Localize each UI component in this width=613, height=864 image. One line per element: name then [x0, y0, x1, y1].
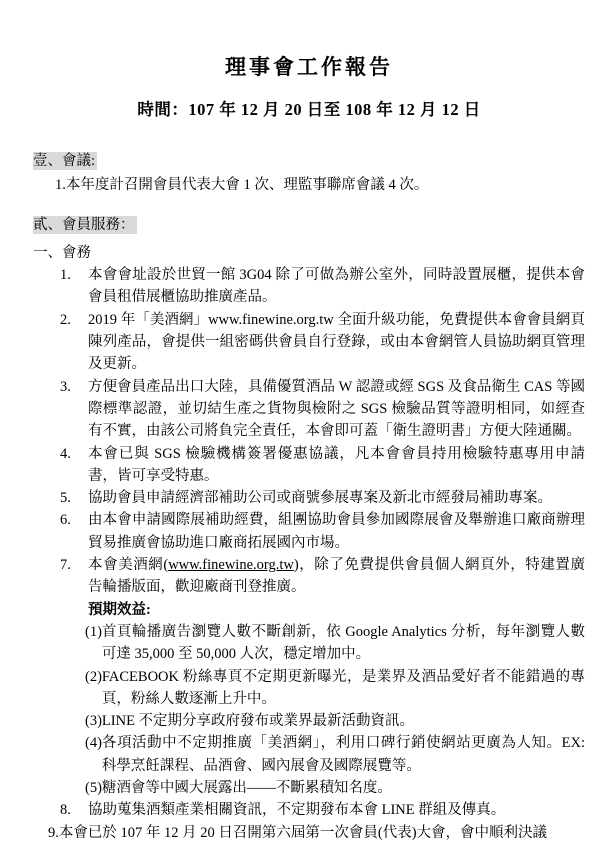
item-number: 2. — [60, 309, 88, 376]
item-text: 糖酒會等中國大展露出——不斷累積知名度。 — [102, 777, 585, 799]
section-meetings-heading: 壹、會議: — [33, 150, 585, 172]
list-item: 1. 本會會址設於世貿一館 3G04 除了可做為辦公室外，同時設置展櫃，提供本會… — [60, 264, 585, 309]
item-number: 9. — [48, 825, 59, 841]
item-text: LINE 不定期分享政府發布或業界最新活動資訊。 — [102, 710, 585, 732]
item-text: 協助蒐集酒類產業相關資訊，不定期發布本會 LINE 群組及傳真。 — [88, 799, 585, 821]
finewine-link[interactable]: www.finewine.org.tw — [168, 557, 294, 573]
item-text: 本會會址設於世貿一館 3G04 除了可做為辦公室外，同時設置展櫃，提供本會會員租… — [88, 264, 585, 309]
item-number: 1. — [60, 264, 88, 309]
report-page: 理事會工作報告 時間：107 年 12 月 20 日至 108 年 12 月 1… — [0, 0, 613, 864]
benefit-list-item: (3) LINE 不定期分享政府發布或業界最新活動資訊。 — [85, 710, 585, 732]
item-number: 4. — [60, 443, 88, 488]
item-number: (4) — [85, 732, 102, 777]
item-text: 2019 年「美酒網」www.finewine.org.tw 全面升級功能，免費… — [88, 309, 585, 376]
list-item: 9.本會已於 107 年 12 月 20 日召開第六屆第一次會員(代表)大會，會… — [48, 822, 585, 844]
item-number: (5) — [85, 777, 102, 799]
list-item: 7. 本會美酒網(www.finewine.org.tw)，除了免費提供會員個人… — [60, 554, 585, 599]
report-period: 時間：107 年 12 月 20 日至 108 年 12 月 12 日 — [33, 98, 585, 122]
item-text-before-link: 本會美酒網( — [88, 557, 168, 573]
list-item: 5. 協助會員申請經濟部補助公司或商號參展專案及新北市經發局補助專案。 — [60, 487, 585, 509]
item-number: (3) — [85, 710, 102, 732]
benefit-list-item: (5) 糖酒會等中國大展露出——不斷累積知名度。 — [85, 777, 585, 799]
list-item: 2. 2019 年「美酒網」www.finewine.org.tw 全面升級功能… — [60, 309, 585, 376]
section-meetings-heading-text: 壹、會議: — [33, 152, 97, 170]
subsection-affairs-heading: 一、會務 — [33, 242, 585, 264]
item-text: 由本會申請國際展補助經費，組團協助會員參加國際展會及舉辦進口廠商辦理貿易推廣會協… — [88, 509, 585, 554]
item-text: 本會美酒網(www.finewine.org.tw)，除了免費提供會員個人網頁外… — [88, 554, 585, 599]
expected-benefits-heading: 預期效益: — [88, 599, 585, 621]
item-text: 本會已與 SGS 檢驗機構簽署優惠協議，凡本會會員持用檢驗特惠專用申請書，皆可享… — [88, 443, 585, 488]
list-item: 4. 本會已與 SGS 檢驗機構簽署優惠協議，凡本會會員持用檢驗特惠專用申請書，… — [60, 443, 585, 488]
item-text: 本會已於 107 年 12 月 20 日召開第六屆第一次會員(代表)大會，會中順… — [59, 825, 547, 841]
benefit-list-item: (4) 各項活動中不定期推廣「美酒網」，利用口碑行銷使網站更廣為人知。EX: 科… — [85, 732, 585, 777]
meetings-list-item: 1.本年度計召開會員代表大會 1 次、理監事聯席會議 4 次。 — [55, 174, 585, 196]
item-text: FACEBOOK 粉絲專頁不定期更新曝光，是業界及酒品愛好者不能錯過的專頁，粉絲… — [102, 666, 585, 711]
item-text: 各項活動中不定期推廣「美酒網」，利用口碑行銷使網站更廣為人知。EX: 科學烹飪課… — [102, 732, 585, 777]
benefit-list-item: (2) FACEBOOK 粉絲專頁不定期更新曝光，是業界及酒品愛好者不能錯過的專… — [85, 666, 585, 711]
item-text: 方便會員產品出口大陸，具備優質酒品 W 認證或經 SGS 及食品衛生 CAS 等… — [88, 376, 585, 443]
benefit-list-item: (1) 首頁輪播廣告瀏覽人數不斷創新，依 Google Analytics 分析… — [85, 621, 585, 666]
item-number: 5. — [60, 487, 88, 509]
item-number: 6. — [60, 509, 88, 554]
item-number: 1. — [55, 177, 66, 193]
section-member-services-heading-text: 貳、會員服務： — [33, 216, 137, 234]
item-text: 本年度計召開會員代表大會 1 次、理監事聯席會議 4 次。 — [66, 177, 429, 193]
item-number: (1) — [85, 621, 102, 666]
list-item: 8. 協助蒐集酒類產業相關資訊，不定期發布本會 LINE 群組及傳真。 — [60, 799, 585, 821]
item-number: (2) — [85, 666, 102, 711]
item-text: 首頁輪播廣告瀏覽人數不斷創新，依 Google Analytics 分析，每年瀏… — [102, 621, 585, 666]
page-title: 理事會工作報告 — [33, 52, 585, 82]
item-number: 3. — [60, 376, 88, 443]
item-number: 8. — [60, 799, 88, 821]
list-item: 6. 由本會申請國際展補助經費，組團協助會員參加國際展會及舉辦進口廠商辦理貿易推… — [60, 509, 585, 554]
item-number: 7. — [60, 554, 88, 599]
section-member-services-heading: 貳、會員服務： — [33, 214, 585, 236]
list-item: 3. 方便會員產品出口大陸，具備優質酒品 W 認證或經 SGS 及食品衛生 CA… — [60, 376, 585, 443]
item-text: 協助會員申請經濟部補助公司或商號參展專案及新北市經發局補助專案。 — [88, 487, 585, 509]
